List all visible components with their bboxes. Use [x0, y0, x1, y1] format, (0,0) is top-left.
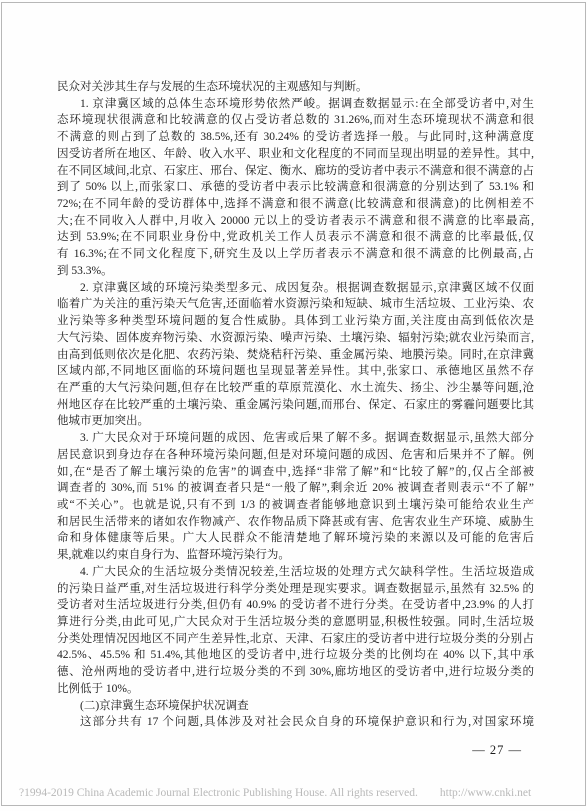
text-line: 1. 京津冀区域的总体生态环境形势依然严峻。据调查数据显示:在全部受访者中,对生 — [57, 96, 534, 113]
footer-url-text: http://www.cnki.net — [440, 787, 531, 799]
text-line: 果,就难以约束自身行为、监督环境污染行为。 — [57, 547, 534, 564]
text-line: 调查者的 30%,而 51% 的被调查者只是“一般了解”,剩余近 20% 被调查… — [57, 480, 534, 497]
text-line: 业污染等多种类型环境问题的复合性威胁。具体到工业污染方面,关注度由高到低依次是 — [57, 313, 534, 330]
text-line: 在不同区域间,北京、石家庄、邢台、保定、衡水、廊坊的受访者中表示不满意和很不满意… — [57, 163, 534, 180]
text-line: 72%;在不同年龄的受访群体中,选择不满意和很不满意(比较满意和很满意)的比例相… — [57, 196, 534, 213]
scanned-document-page: 民众对关涉其生存与发展的生态环境状况的主观感知与判断。1. 京津冀区域的总体生态… — [0, 0, 587, 811]
text-line: 在严重的大气污染问题,但存在比较严重的草原荒漠化、水土流失、扬尘、沙尘暴等问题,… — [57, 380, 534, 397]
text-line: 或“不关心”。也就是说,只有不到 1/3 的被调查者能够地意识到土壤污染可能给农… — [57, 497, 534, 514]
text-line: 到 53.3%。 — [57, 263, 534, 280]
text-line: 如,在“是否了解土壤污染的危害”的调查中,选择“非常了解”和“比较了解”的,仅占… — [57, 464, 534, 481]
text-line: 德、沧州两地的受访者中,进行垃圾分类的不到 30%,廊坊地区的受访者中,进行垃圾… — [57, 664, 534, 681]
text-line: 比例低于 10%。 — [57, 681, 534, 698]
text-line: 大;在不同收入人群中,月收入 20000 元以上的受访者表示不满意和很不满意的比… — [57, 213, 534, 230]
text-line: 42.5%、45.5% 和 51.4%,其他地区的受访者中,进行垃圾分类的比例均… — [57, 647, 534, 664]
text-line: 由高到低则依次是化肥、农药污染、焚烧秸秆污染、重金属污染、地膜污染。同时,在京津… — [57, 347, 534, 364]
text-line: 因受访者所在地区、年龄、收入水平、职业和文化程度的不同而呈现出明显的差异性。其中… — [57, 146, 534, 163]
document-body: 民众对关涉其生存与发展的生态环境状况的主观感知与判断。1. 京津冀区域的总体生态… — [57, 79, 534, 731]
text-line: 他城市更加突出。 — [57, 413, 534, 430]
text-line: 态环境现状很满意和比较满意的仅占受访者总数的 31.26%,而对生态环境现状不满… — [57, 112, 534, 129]
text-line: 算进行分类,由此可见,广大民众对于生活垃圾分类的意愿明显,积极性较强。同时,生活… — [57, 614, 534, 631]
text-line: 4. 广大民众的生活垃圾分类情况较差,生活垃圾的处理方式欠缺科学性。生活垃圾造成 — [57, 564, 534, 581]
text-line: 居民意识到身边存在各种环境污染问题,但是对环境问题的成因、危害和后果并不了解。例 — [57, 447, 534, 464]
text-line: 临着广为关注的重污染天气危害,还面临着水资源污染和短缺、城市生活垃圾、工业污染、… — [57, 296, 534, 313]
text-line: 受访者对生活垃圾进行分类,但仍有 40.9% 的受访者不进行分类。在受访者中,2… — [57, 597, 534, 614]
text-line: 大气污染、固体废弃物污染、水资源污染、噪声污染、土壤污染、辐射污染;就农业污染而… — [57, 330, 534, 347]
text-line: (二)京津冀生态环境保护状况调查 — [57, 698, 534, 715]
text-line: 2. 京津冀区域的环境污染类型多元、成因复杂。根据调查数据显示,京津冀区域不仅面 — [57, 280, 534, 297]
text-line: 3. 广大民众对于环境问题的成因、危害或后果了解不多。据调查数据显示,虽然大部分 — [57, 430, 534, 447]
text-line: 命和身体健康等后果。广大人民群众不能清楚地了解环境污染的来源以及可能的危害后 — [57, 530, 534, 547]
text-line: 的污染日益严重,对生活垃圾进行科学分类处理是现实要求。调查数据显示,虽然有 32… — [57, 581, 534, 598]
text-line: 分类处理情况因地区不同产生差异性,北京、天津、石家庄的受访者中进行垃圾分类的分别… — [57, 631, 534, 648]
text-line: 到了 50% 以上,而张家口、承德的受访者中表示比较满意和很满意的分别达到了 5… — [57, 179, 534, 196]
text-line: 这部分共有 17 个问题,具体涉及对社会民众自身的环境保护意识和行为,对国家环境 — [57, 714, 534, 731]
text-line: 区域内部,不同地区面临的环境问题也呈现显著差异性。其中,张家口、承德地区虽然不存 — [57, 363, 534, 380]
text-line: 和居民生活带来的诸如农作物减产、农作物品质下降甚或有害、危害农业生产环境、威胁生 — [57, 514, 534, 531]
text-line: 不满意的则占到了总数的 38.5%,还有 30.24% 的受访者选择一般。与此同… — [57, 129, 534, 146]
text-line: 有 16.3%;在不同文化程度下,研究生及以上学历者表示不满意和很不满意的比例最… — [57, 246, 534, 263]
text-line: 达到 53.9%;在不同职业身份中,党政机关工作人员表示不满意和很不满意的比率最… — [57, 229, 534, 246]
page-number: — 27 — — [472, 743, 522, 758]
text-line: 州地区存在比较严重的土壤污染、重金属污染问题,而邢台、保定、石家庄的雾霾问题要比… — [57, 397, 534, 414]
text-line: 民众对关涉其生存与发展的生态环境状况的主观感知与判断。 — [57, 79, 534, 96]
cnki-footer: ?1994-2019 China Academic Journal Electr… — [19, 787, 579, 799]
footer-copyright-text: ?1994-2019 China Academic Journal Electr… — [19, 787, 418, 799]
